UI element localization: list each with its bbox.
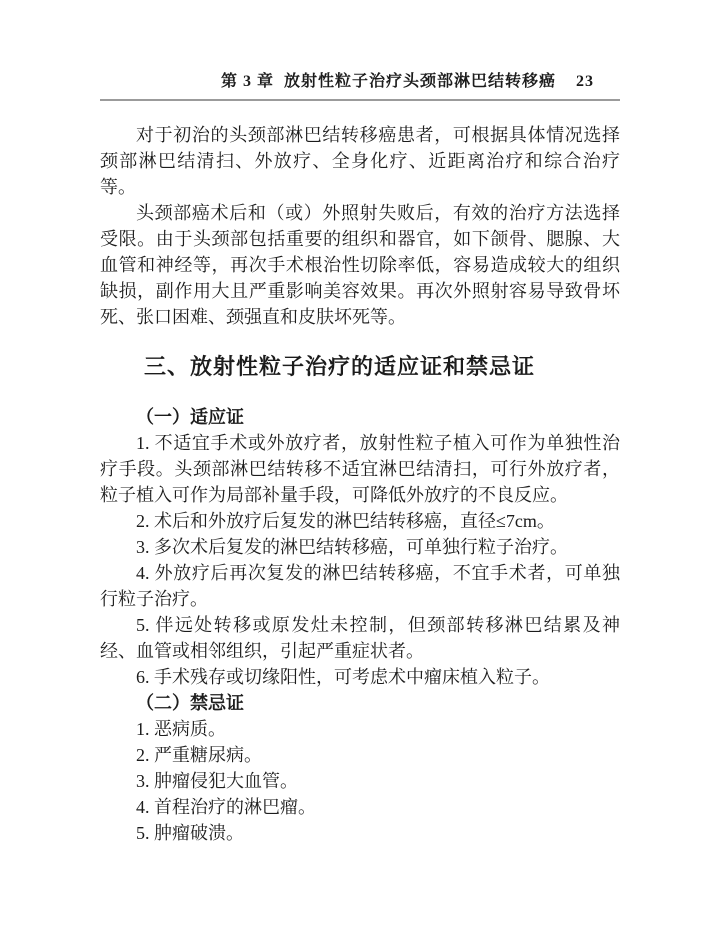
- page-body: 对于初治的头颈部淋巴结转移癌患者，可根据具体情况选择颈部淋巴结清扫、外放疗、全身…: [100, 101, 620, 846]
- book-page: 第 3 章 放射性粒子治疗头颈部淋巴结转移癌 23 对于初治的头颈部淋巴结转移癌…: [0, 0, 717, 940]
- list-item: 5. 伴远处转移或原发灶未控制，但颈部转移淋巴结累及神经、血管或相邻组织，引起严…: [100, 612, 620, 664]
- list-item: 1. 不适宜手术或外放疗者，放射性粒子植入可作为单独性治疗手段。头颈部淋巴结转移…: [100, 430, 620, 508]
- list-item: 6. 手术残存或切缘阳性，可考虑术中瘤床植入粒子。: [100, 664, 620, 690]
- page-number: 23: [576, 72, 594, 92]
- section-heading: 三、放射性粒子治疗的适应证和禁忌证: [100, 350, 620, 384]
- list-item: 4. 首程治疗的淋巴瘤。: [100, 794, 620, 820]
- paragraph: 对于初治的头颈部淋巴结转移癌患者，可根据具体情况选择颈部淋巴结清扫、外放疗、全身…: [100, 122, 620, 200]
- running-header: 第 3 章 放射性粒子治疗头颈部淋巴结转移癌 23: [100, 72, 620, 101]
- list-item: 2. 术后和外放疗后复发的淋巴结转移癌，直径≤7cm。: [100, 508, 620, 534]
- list-item: 3. 肿瘤侵犯大血管。: [100, 768, 620, 794]
- list-item: 5. 肿瘤破溃。: [100, 820, 620, 846]
- chapter-number: 第 3 章: [221, 72, 274, 92]
- list-item: 2. 严重糖尿病。: [100, 742, 620, 768]
- subsection-title-indications: （一）适应证: [100, 404, 620, 430]
- subsection-title-contraindications: （二）禁忌证: [100, 690, 620, 716]
- paragraph: 头颈部癌术后和（或）外照射失败后，有效的治疗方法选择受限。由于头颈部包括重要的组…: [100, 200, 620, 330]
- list-item: 4. 外放疗后再次复发的淋巴结转移癌，不宜手术者，可单独行粒子治疗。: [100, 560, 620, 612]
- chapter-title: 放射性粒子治疗头颈部淋巴结转移癌: [284, 72, 556, 92]
- list-item: 3. 多次术后复发的淋巴结转移癌，可单独行粒子治疗。: [100, 534, 620, 560]
- list-item: 1. 恶病质。: [100, 716, 620, 742]
